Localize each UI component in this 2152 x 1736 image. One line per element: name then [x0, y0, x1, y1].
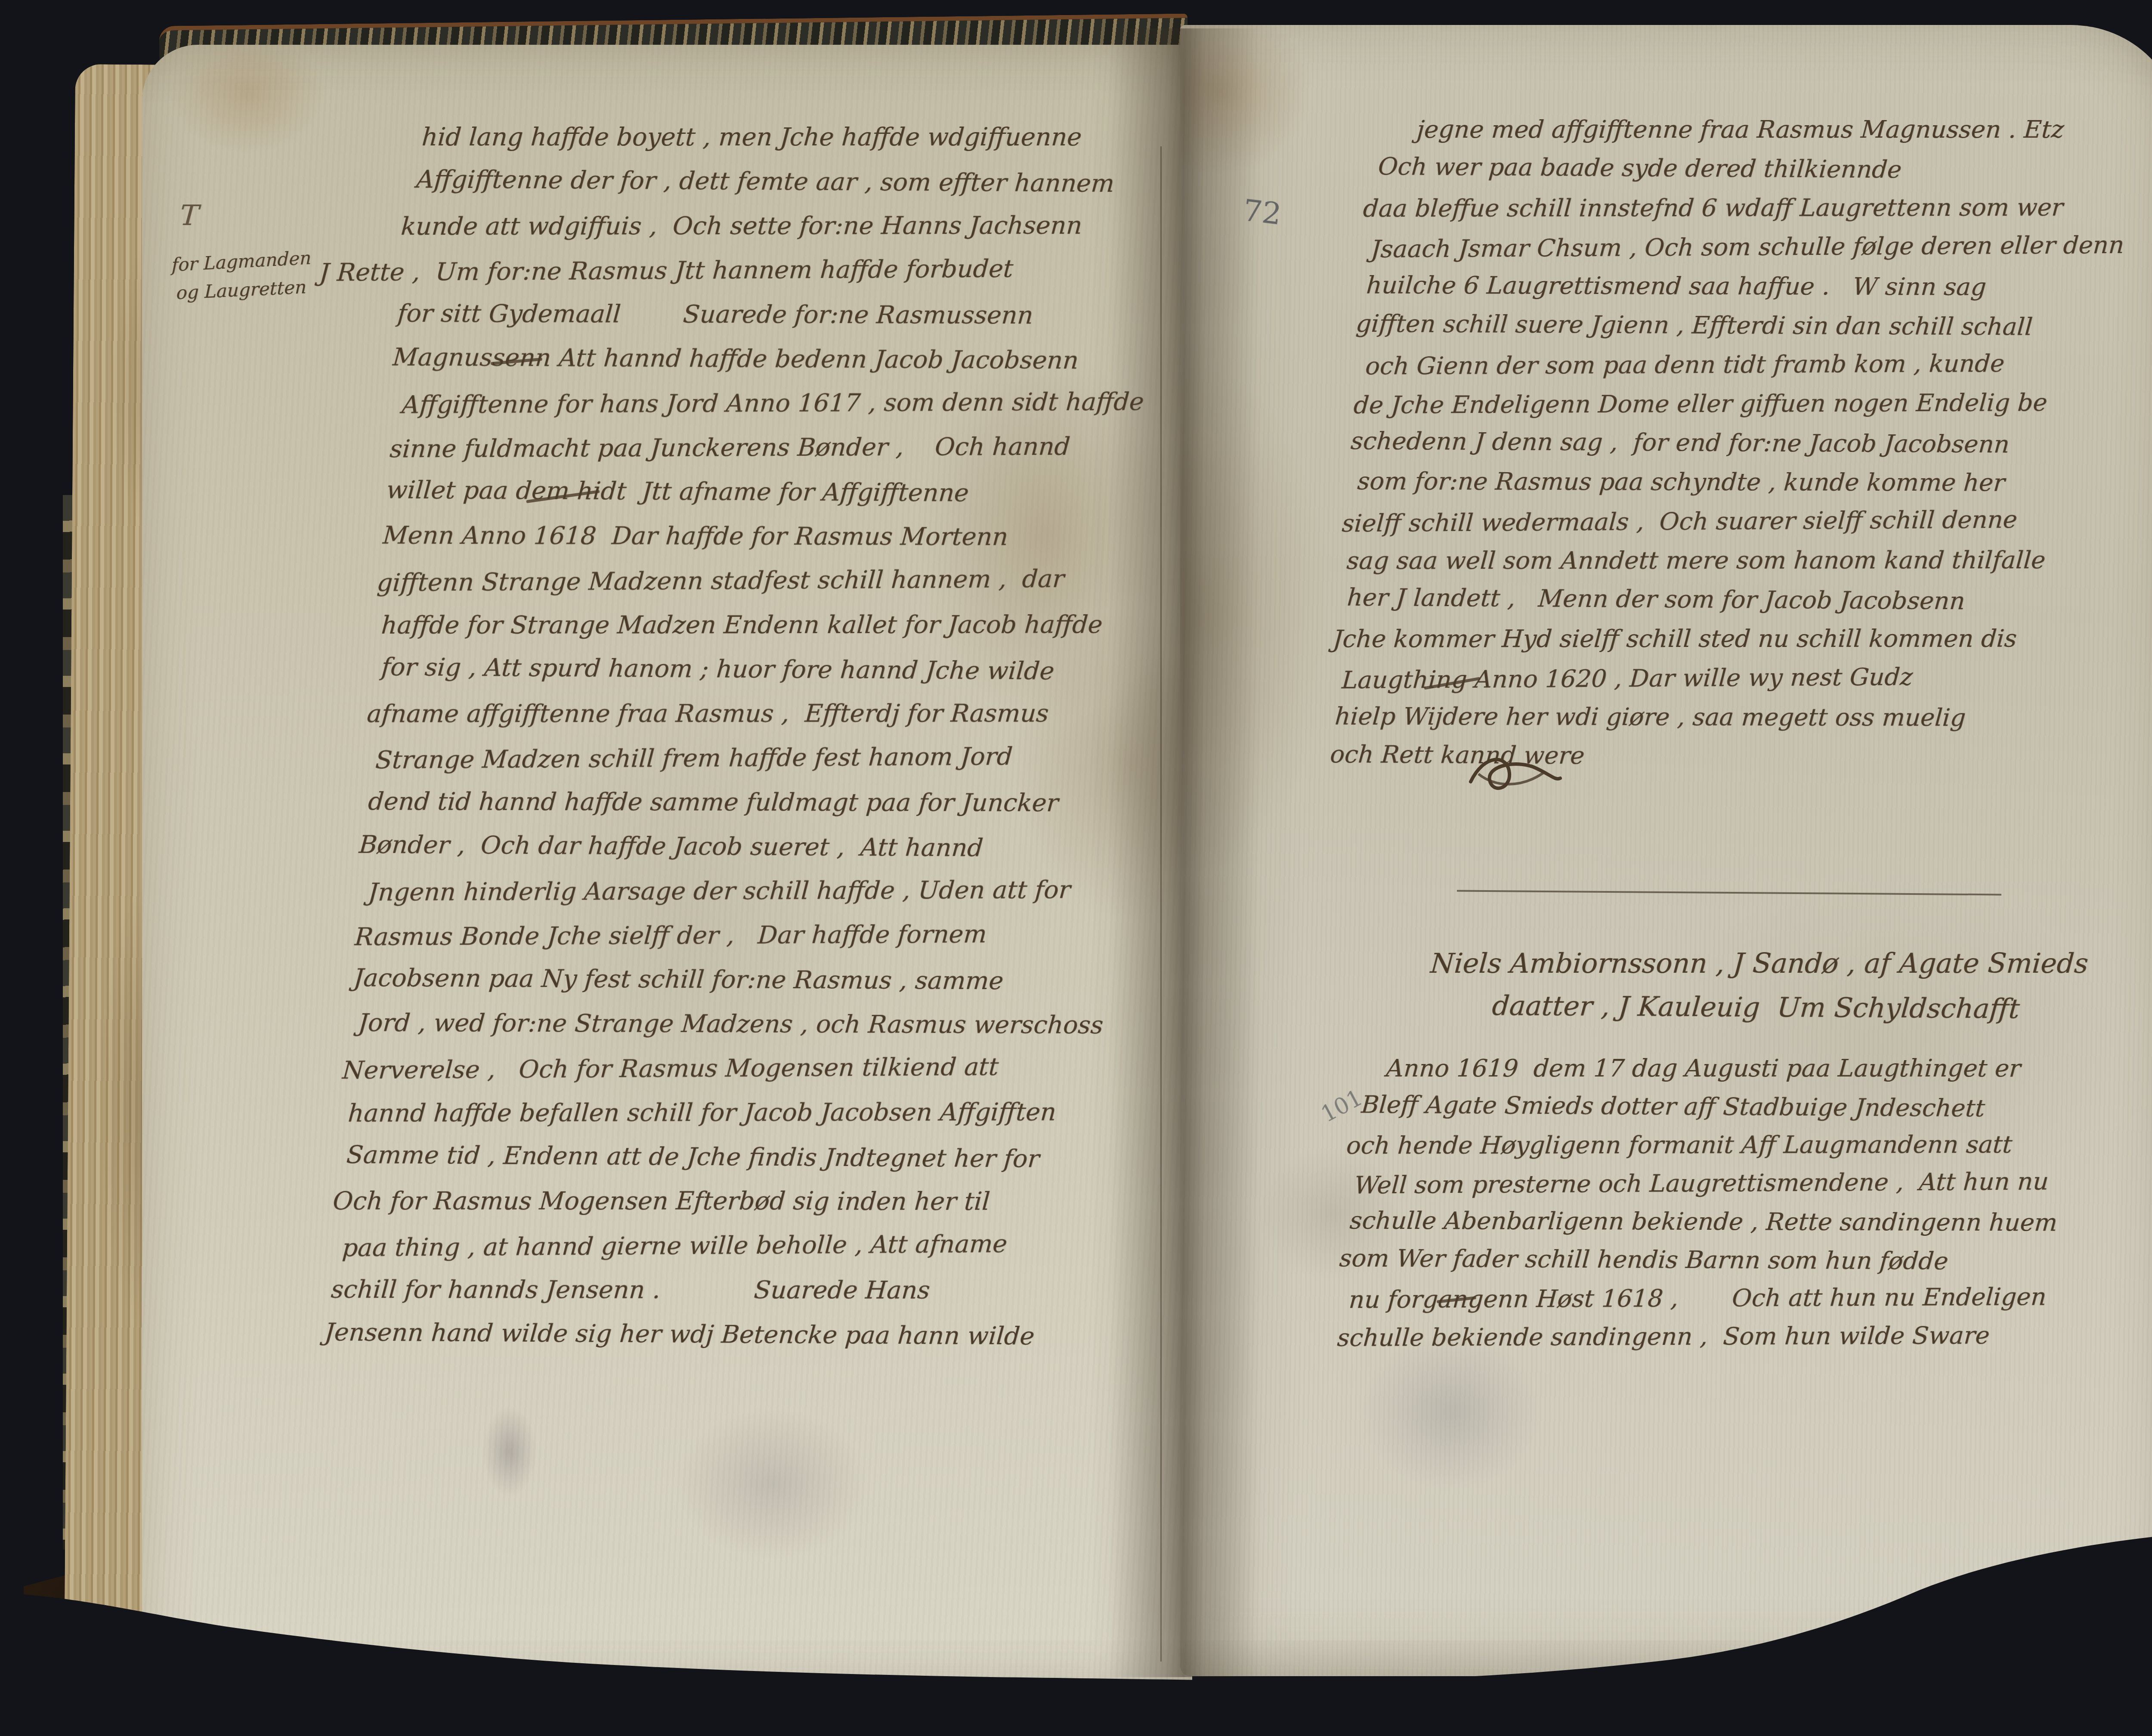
manuscript-line: de Jche Endeligenn Dome eller giffuen no… — [1352, 383, 2115, 425]
manuscript-line: gifften schill suere Jgienn , Effterdi s… — [1354, 304, 2120, 347]
manuscript-line: sinne fuldmacht paa Junckerens Bønder , … — [388, 424, 1145, 472]
photo-background: T for Lagmandenog Laugretten 72 hid lang… — [0, 0, 2152, 1736]
manuscript-line: och Rett kannd were — [1329, 735, 2090, 778]
manuscript-line: jegne med affgifftenne fraa Rasmus Magnu… — [1416, 110, 2133, 149]
manuscript-line: hannd haffde befallen schill for Jacob J… — [346, 1090, 1099, 1136]
manuscript-line: Niels Ambiornssonn , J Sandø , af Agate … — [1429, 942, 2090, 986]
manuscript-line: Jsaach Jsmar Chsum , Och som schulle føl… — [1370, 226, 2125, 269]
manuscript-line: willet paa dem hidt Jtt afname for Affgi… — [385, 468, 1142, 516]
manuscript-line: sielff schill wedermaals , Och suarer si… — [1341, 500, 2106, 543]
manuscript-line: gifftenn Strange Madzenn stadfest schill… — [376, 557, 1136, 605]
manuscript-line: Samme tid , Endenn att de Jche findis Jn… — [345, 1133, 1096, 1182]
manuscript-line: kunde att wdgiffuis , Och sette for:ne H… — [399, 204, 1161, 249]
manuscript-line: Bønder , Och dar haffde Jacob sueret , A… — [358, 823, 1117, 871]
manuscript-line: Laugthing Anno 1620 , Dar wille wy nest … — [1341, 656, 2095, 700]
manuscript-line: Anno 1619 dem 17 dag Augusti paa Laugthi… — [1385, 1049, 2069, 1088]
manuscript-line: for sig , Att spurd hanom ; huor fore ha… — [380, 645, 1130, 694]
manuscript-line: Strange Madzen schill frem haffde fest h… — [374, 734, 1124, 783]
manuscript-line: schulle Abenbarligenn bekiende , Rette s… — [1348, 1202, 2058, 1242]
manuscript-line: och hende Høygligenn formanit Aff Laugma… — [1345, 1126, 2064, 1165]
manuscript-line: som for:ne Rasmus paa schyndte , kunde k… — [1356, 462, 2109, 503]
manuscript-line: Jacobsenn paa Ny fest schill for:ne Rasm… — [352, 956, 1108, 1004]
manuscript-line: dend tid hannd haffde samme fuldmagt paa… — [367, 780, 1121, 826]
manuscript-line: sag saa well som Anndett mere som hanom … — [1345, 541, 2103, 581]
manuscript-line: och Gienn der som paa denn tidt framb ko… — [1364, 343, 2117, 386]
manuscript-line: Well som presterne och Laugrettismendene… — [1353, 1162, 2061, 1204]
manuscript-line: Rasmus Bonde Jche sielff der , Dar haffd… — [353, 912, 1111, 959]
manuscript-line: her J landett , Menn der som for Jacob J… — [1345, 578, 2100, 622]
manuscript-line: Och wer paa baade syde dered thilkiennde — [1376, 147, 2130, 191]
flourish-mark — [1466, 748, 1565, 804]
right-page-entry2-text-block: Anno 1619 dem 17 dag Augusti paa Laugthi… — [1339, 1049, 2069, 1356]
manuscript-line: for sitt Gydemaall Suarede for:ne Rasmus… — [396, 291, 1155, 338]
margin-tick-mark: T — [179, 199, 200, 232]
manuscript-line: Och for Rasmus Mogensen Efterbød sig ind… — [331, 1179, 1092, 1224]
manuscript-line: schulle bekiende sandingenn , Som hun wi… — [1336, 1316, 2050, 1357]
manuscript-line: haffde for Strange Madzen Endenn kallet … — [380, 603, 1133, 648]
manuscript-line: Bleff Agate Smieds dotter aff Stadbuige … — [1360, 1086, 2066, 1128]
manuscript-line: Jngenn hinderlig Aarsage der schill haff… — [367, 868, 1114, 915]
manuscript-line: Jche kommer Hyd sielff schill sted nu sc… — [1332, 619, 2098, 659]
manuscript-line: daatter , J Kauleuig Um Schyldschafft — [1490, 984, 2087, 1031]
manuscript-line: hielp Wijdere her wdi giøre , saa megett… — [1333, 697, 2092, 738]
manuscript-line: Jensenn hand wilde sig her wdj Betencke … — [323, 1310, 1083, 1359]
manuscript-line: afname affgifftenne fraa Rasmus , Effter… — [365, 691, 1127, 736]
right-page-entry1-text-block: jegne med affgifftenne fraa Rasmus Magnu… — [1330, 110, 2133, 776]
manuscript-line: schedenn J denn sag , for end for:ne Jac… — [1349, 421, 2112, 464]
manuscript-line: schill for hannds Jensenn . Suarede Hans — [329, 1268, 1086, 1313]
manuscript-line: hid lang haffde boyett , men Jche haffde… — [421, 115, 1167, 160]
gutter-folio-number: 72 — [1241, 192, 1283, 232]
manuscript-line: Jord , wed for:ne Strange Madzens , och … — [357, 1001, 1105, 1048]
manuscript-line: Affgifftenne der for , dett femte aar , … — [414, 158, 1164, 206]
manuscript-line: Nerverelse , Och for Rasmus Mogensen til… — [341, 1044, 1102, 1093]
entry-heading: Niels Ambiornssonn , J Sandø , af Agate … — [1426, 942, 2090, 1030]
manuscript-line: Menn Anno 1618 Dar haffde for Rasmus Mor… — [381, 514, 1139, 560]
manuscript-line: Affgifftenne for hans Jord Anno 1617 , s… — [400, 380, 1148, 427]
manuscript-line: J Rette , Um for:ne Rasmus Jtt hannem ha… — [318, 246, 1158, 295]
manuscript-line: huilche 6 Laugrettismend saa haffue . W … — [1365, 266, 2123, 307]
left-page-text-block: hid lang haffde boyett , men Jche haffde… — [329, 115, 1167, 1357]
manuscript-line: daa bleffue schill innstefnd 6 wdaff Lau… — [1362, 188, 2128, 229]
manuscript-line: Magnussenn Att hannd haffde bedenn Jacob… — [391, 335, 1152, 384]
margin-note: for Lagmandenog Laugretten — [171, 244, 312, 308]
manuscript-line: som Wer fader schill hendis Barnn som hu… — [1338, 1239, 2056, 1281]
manuscript-line: paa thing , at hannd gierne wille beholl… — [341, 1222, 1090, 1271]
